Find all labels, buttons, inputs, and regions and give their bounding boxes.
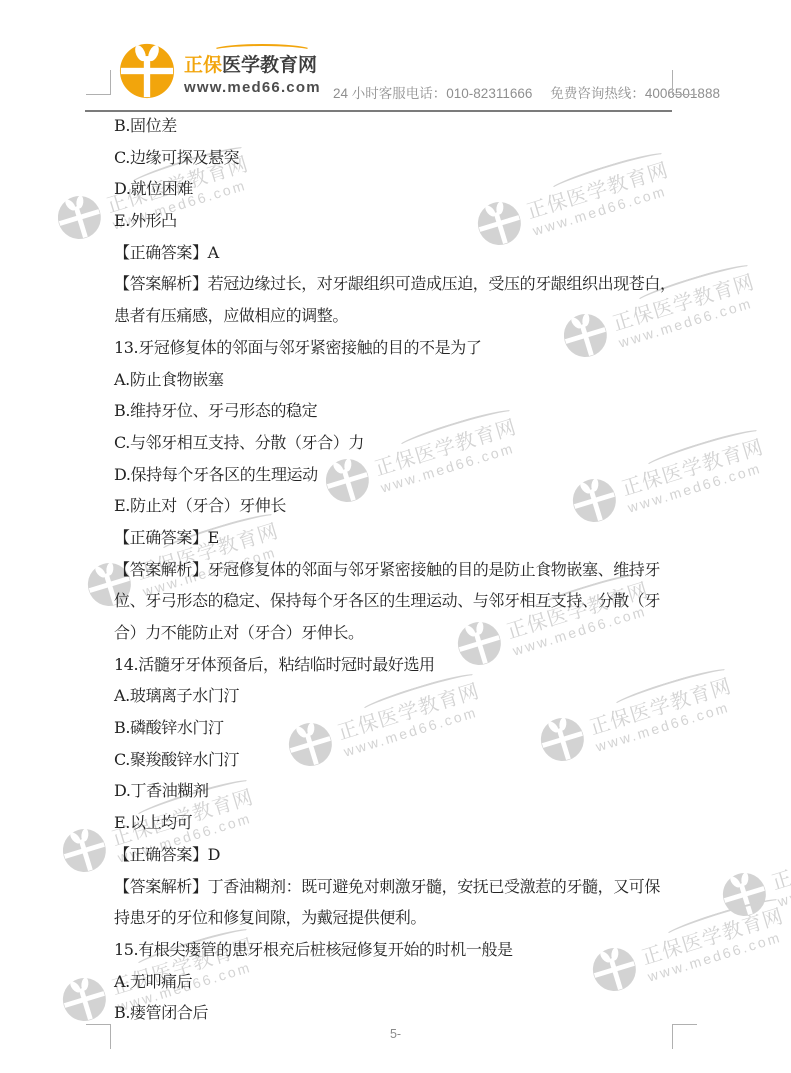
text-line: C.边缘可探及悬突 xyxy=(114,142,676,174)
med66-logo-icon xyxy=(119,43,175,99)
med66-logo-watermark-icon xyxy=(56,822,113,879)
med66-logo-watermark-icon xyxy=(56,971,113,1028)
text-line: D.就位困难 xyxy=(114,173,676,205)
text-line: 【正确答案】E xyxy=(114,522,676,554)
watermark-url-text: www.med66.com xyxy=(776,851,791,908)
text-line: 位、牙弓形态的稳定、保持每个牙各区的生理运动、与邻牙相互支持、分散（牙 xyxy=(114,585,676,617)
text-line: A.防止食物嵌塞 xyxy=(114,364,676,396)
text-line: C.聚羧酸锌水门汀 xyxy=(114,744,676,776)
hotline-label: 免费咨询热线： xyxy=(550,86,645,101)
text-boundary-mark-top-left xyxy=(86,70,111,95)
text-line: A.无叩痛后 xyxy=(114,966,676,998)
text-line: D.保持每个牙各区的生理运动 xyxy=(114,459,676,491)
text-line: 13.牙冠修复体的邻面与邻牙紧密接触的目的不是为了 xyxy=(114,332,676,364)
exam-question-content: B.固位差C.边缘可探及悬突D.就位困难E.外形凸【正确答案】A【答案解析】若冠… xyxy=(114,110,676,1029)
text-line: E.以上均可 xyxy=(114,807,676,839)
brand-block: 正保医学教育网 www.med66.com xyxy=(184,46,321,96)
text-line: 【答案解析】丁香油糊剂：既可避免对刺激牙髓，安抚已受激惹的牙髓，又可保 xyxy=(114,871,676,903)
page-footer: 5- xyxy=(0,1027,791,1041)
text-line: 【答案解析】若冠边缘过长，对牙龈组织可造成压迫，受压的牙龈组织出现苍白， xyxy=(114,268,676,300)
brand-name-secondary: 医学教育网 xyxy=(222,55,317,76)
text-line: E.防止对（牙合）牙伸长 xyxy=(114,490,676,522)
text-line: C.与邻牙相互支持、分散（牙合）力 xyxy=(114,427,676,459)
text-line: 【正确答案】D xyxy=(114,839,676,871)
brand-name-primary: 正保 xyxy=(184,55,222,76)
text-line: A.玻璃离子水门汀 xyxy=(114,680,676,712)
watermark: 正保医学教育网 www.med66.com xyxy=(714,816,791,928)
text-line: 持患牙的牙位和修复间隙，为戴冠提供便利。 xyxy=(114,902,676,934)
text-line: B.磷酸锌水门汀 xyxy=(114,712,676,744)
text-boundary-mark-top-right xyxy=(672,70,697,95)
contact-info: 24 小时客服电话：010-82311666免费咨询热线：4006501888 xyxy=(333,82,720,102)
text-line: 患者有压痛感，应做相应的调整。 xyxy=(114,300,676,332)
brand-arc xyxy=(212,44,312,57)
text-line: B.固位差 xyxy=(114,110,676,142)
watermark-brand-text: 正保医学教育网 xyxy=(769,829,791,892)
document-page: 正保医学教育网 www.med66.com 正保医学教育网 www.med66.… xyxy=(0,0,791,1073)
text-line: E.外形凸 xyxy=(114,205,676,237)
med66-logo-watermark-icon xyxy=(716,866,773,923)
text-line: 【正确答案】A xyxy=(114,237,676,269)
text-line: D.丁香油糊剂 xyxy=(114,775,676,807)
service-phone-label: 24 小时客服电话： xyxy=(333,86,446,101)
brand-name: 正保医学教育网 xyxy=(184,56,321,75)
text-line: 14.活髓牙牙体预备后，粘结临时冠时最好选用 xyxy=(114,649,676,681)
brand-website: www.med66.com xyxy=(184,79,321,96)
service-phone-number: 010-82311666 xyxy=(446,86,532,101)
text-line: 合）力不能防止对（牙合）牙伸长。 xyxy=(114,617,676,649)
text-line: B.维持牙位、牙弓形态的稳定 xyxy=(114,395,676,427)
watermark-arc xyxy=(663,894,783,942)
med66-logo-watermark-icon xyxy=(51,189,108,246)
page-number: 5- xyxy=(390,1027,401,1041)
text-line: 15.有根尖瘘管的患牙根充后桩核冠修复开始的时机一般是 xyxy=(114,934,676,966)
text-line: B.瘘管闭合后 xyxy=(114,997,676,1029)
watermark-text: 正保医学教育网 www.med66.com xyxy=(766,819,791,909)
text-line: 【答案解析】牙冠修复体的邻面与邻牙紧密接触的目的是防止食物嵌塞、维持牙 xyxy=(114,554,676,586)
